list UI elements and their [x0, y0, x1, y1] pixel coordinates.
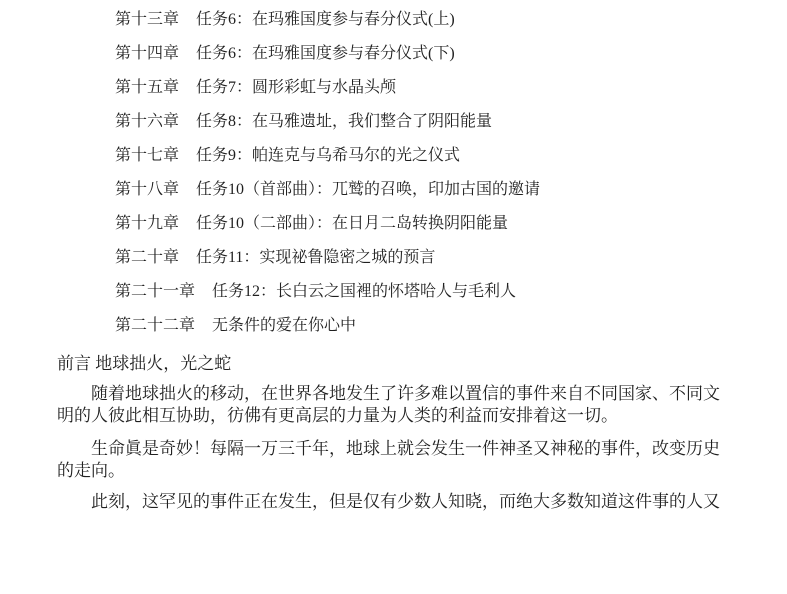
toc-entry: 第十七章 任务9：帕连克与乌希马尔的光之仪式: [115, 136, 730, 170]
paragraph: 随着地球拙火的移动，在世界各地发生了许多难以置信的事件来自不同国家、不同文明的人…: [57, 383, 730, 427]
toc-chapter-label: 第二十章: [115, 244, 179, 267]
toc-entry: 第十八章 任务10（首部曲）：兀鹫的召唤，印加古国的邀请: [115, 170, 730, 204]
toc-entry-title: 任务11：实现祕鲁隐密之城的预言: [196, 244, 435, 267]
toc-entry-title: 任务10（二部曲）：在日月二岛转换阴阳能量: [196, 210, 508, 233]
toc-chapter-label: 第十九章: [115, 210, 179, 233]
preface-section: 前言 地球拙火，光之蛇 随着地球拙火的移动，在世界各地发生了许多难以置信的事件来…: [57, 353, 730, 513]
toc-entry: 第十四章 任务6：在玛雅国度参与春分仪式(下): [115, 34, 730, 68]
toc-entry: 第十三章 任务6：在玛雅国度参与春分仪式(上): [115, 0, 730, 34]
toc-entry-title: 任务10（首部曲）：兀鹫的召唤，印加古国的邀请: [196, 176, 540, 199]
toc-entry: 第十九章 任务10（二部曲）：在日月二岛转换阴阳能量: [115, 204, 730, 238]
paragraph: 此刻，这罕见的事件正在发生，但是仅有少数人知晓，而绝大多数知道这件事的人又: [57, 491, 730, 513]
toc-entry: 第十六章 任务8：在马雅遗址，我们整合了阴阳能量: [115, 102, 730, 136]
toc-chapter-label: 第十八章: [115, 176, 179, 199]
toc-chapter-label: 第二十一章: [115, 278, 195, 301]
toc-entry-title: 任务6：在玛雅国度参与春分仪式(下): [196, 40, 455, 63]
toc-chapter-label: 第二十二章: [115, 312, 195, 335]
toc-entry: 第十五章 任务7：圆形彩虹与水晶头颅: [115, 68, 730, 102]
toc-entry: 第二十章 任务11：实现祕鲁隐密之城的预言: [115, 238, 730, 272]
toc-entry-title: 任务9：帕连克与乌希马尔的光之仪式: [196, 142, 460, 165]
toc-chapter-label: 第十三章: [115, 6, 179, 29]
toc-entry-title: 任务8：在马雅遗址，我们整合了阴阳能量: [196, 108, 492, 131]
table-of-contents: 第十三章 任务6：在玛雅国度参与春分仪式(上) 第十四章 任务6：在玛雅国度参与…: [115, 0, 730, 340]
document-page: 第十三章 任务6：在玛雅国度参与春分仪式(上) 第十四章 任务6：在玛雅国度参与…: [0, 0, 787, 594]
toc-entry-title: 任务6：在玛雅国度参与春分仪式(上): [196, 6, 455, 29]
preface-heading: 前言 地球拙火，光之蛇: [57, 353, 730, 375]
toc-chapter-label: 第十五章: [115, 74, 179, 97]
toc-entry: 第二十一章 任务12：长白云之国裡的怀塔哈人与毛利人: [115, 272, 730, 306]
paragraph: 生命眞是奇妙！每隔一万三千年，地球上就会发生一件神圣又神秘的事件，改变历史的走向…: [57, 438, 730, 482]
toc-chapter-label: 第十六章: [115, 108, 179, 131]
toc-entry: 第二十二章 无条件的爱在你心中: [115, 306, 730, 340]
toc-entry-title: 任务12：长白云之国裡的怀塔哈人与毛利人: [212, 278, 516, 301]
toc-entry-title: 任务7：圆形彩虹与水晶头颅: [196, 74, 396, 97]
preface-body: 随着地球拙火的移动，在世界各地发生了许多难以置信的事件来自不同国家、不同文明的人…: [57, 383, 730, 513]
toc-chapter-label: 第十七章: [115, 142, 179, 165]
toc-entry-title: 无条件的爱在你心中: [212, 312, 356, 335]
toc-chapter-label: 第十四章: [115, 40, 179, 63]
